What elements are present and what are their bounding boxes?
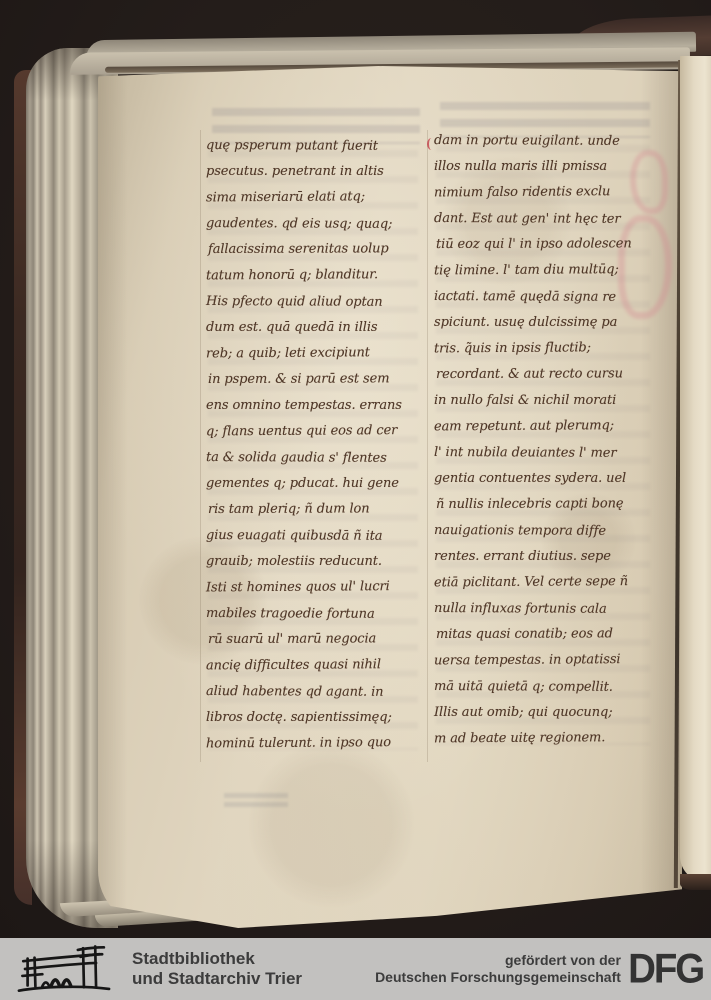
manuscript-line: ancię difficultes quasi nihil bbox=[206, 652, 402, 679]
manuscript-line: tię limine. l' tam diu multūq; bbox=[434, 257, 630, 284]
manuscript-line: gementes q; pducat. hui gene bbox=[206, 471, 402, 497]
funding-credit: gefördert von der Deutschen Forschungsge… bbox=[375, 948, 711, 990]
manuscript-line: hominū tulerunt. in ipso quo bbox=[206, 730, 402, 757]
manuscript-line: libros doctę. sapientissimęq; bbox=[206, 705, 402, 731]
manuscript-line: tatum honorū q; blanditur. bbox=[206, 262, 402, 289]
manuscript-text-column-left: quę psperum putant fueritpsecutus. penet… bbox=[206, 133, 402, 757]
manuscript-line: ta & solida gaudia s' flentes bbox=[206, 445, 402, 472]
manuscript-line: nulla influxas fortunis cala bbox=[434, 596, 630, 623]
manuscript-line: eam repetunt. aut plerumq; bbox=[434, 413, 630, 440]
funding-text-line2: Deutschen Forschungsgemeinschaft bbox=[375, 969, 621, 987]
codex-photograph: quę psperum putant fueritpsecutus. penet… bbox=[0, 0, 711, 938]
manuscript-line: rentes. errant diutius. sepe bbox=[434, 544, 630, 570]
library-name-line1: Stadtbibliothek bbox=[132, 949, 302, 969]
manuscript-line: l' int nubila deuiantes l' mer bbox=[434, 440, 630, 467]
manuscript-line: gius euagati quibusdā ñ ita bbox=[206, 523, 402, 550]
manuscript-line: ñ nullis inlecebris capti bonę bbox=[436, 491, 632, 518]
manuscript-line: dam in portu euigilant. unde bbox=[434, 128, 630, 155]
digitized-manuscript-page: quę psperum putant fueritpsecutus. penet… bbox=[0, 0, 711, 1000]
manuscript-line: q; flans uentus qui eos ad cer bbox=[206, 418, 402, 445]
facing-page-bottom-shadow bbox=[680, 874, 711, 890]
manuscript-line: spiciunt. usuę dulcissimę pa bbox=[434, 310, 630, 336]
manuscript-line: ris tam pleriq; ñ dum lon bbox=[208, 496, 404, 523]
manuscript-line: illos nulla maris illi pmissa bbox=[434, 154, 630, 180]
dfg-logo: DFG bbox=[628, 945, 703, 992]
library-name: Stadtbibliothek und Stadtarchiv Trier bbox=[132, 949, 302, 989]
manuscript-line: dant. Est aut gen' int hęc ter bbox=[434, 206, 630, 233]
manuscript-line: nauigationis tempora diffe bbox=[434, 518, 630, 545]
manuscript-line: tiū eoz qui l' in ipso adolescen bbox=[436, 231, 632, 258]
manuscript-line: ens omnino tempestas. errans bbox=[206, 393, 402, 419]
manuscript-line: fallacissima serenitas uolup bbox=[208, 236, 404, 263]
manuscript-line: Illis aut omib; qui quocunq; bbox=[434, 700, 630, 726]
manuscript-line: iactati. tamē quędā signa re bbox=[434, 284, 630, 311]
red-ink-bleedthrough bbox=[630, 150, 668, 214]
ruling-line bbox=[427, 130, 428, 762]
manuscript-line: aliud habentes qd agant. in bbox=[206, 679, 402, 706]
manuscript-line: psecutus. penetrant in altis bbox=[206, 159, 402, 185]
manuscript-line: Isti st homines quos ul' lucri bbox=[206, 574, 402, 601]
manuscript-line: etiā piclitant. Vel certe sepe ñ bbox=[434, 569, 630, 596]
manuscript-line: dum est. quā quedā in illis bbox=[206, 315, 402, 341]
facing-page-sliver bbox=[680, 56, 711, 882]
manuscript-line: mā uitā quietā q; compellit. bbox=[434, 674, 630, 701]
funding-text-line1: gefördert von der bbox=[375, 952, 621, 970]
manuscript-line: quę psperum putant fuerit bbox=[206, 133, 402, 160]
manuscript-line: gaudentes. qd eis usq; quaq; bbox=[206, 211, 402, 238]
manuscript-line: rū suarū ul' marū negocia bbox=[208, 626, 404, 653]
manuscript-line: mitas quasi conatib; eos ad bbox=[436, 621, 632, 648]
manuscript-line: grauib; molestiis reducunt. bbox=[206, 549, 402, 575]
manuscript-line: recordant. & aut recto cursu bbox=[436, 361, 632, 388]
faint-inscription-smudge bbox=[224, 793, 288, 809]
funding-text: gefördert von der Deutschen Forschungsge… bbox=[375, 952, 621, 987]
footer-banner: Stadtbibliothek und Stadtarchiv Trier ge… bbox=[0, 938, 711, 1000]
manuscript-line: His pfecto quid aliud optan bbox=[206, 289, 402, 316]
porta-nigra-sketch-icon bbox=[12, 943, 116, 995]
manuscript-text-column-right: dam in portu euigilant. undeillos nulla … bbox=[434, 128, 630, 752]
manuscript-line: in pspem. & si parū est sem bbox=[208, 366, 404, 393]
library-branding: Stadtbibliothek und Stadtarchiv Trier bbox=[0, 943, 302, 995]
manuscript-line: reb; a quib; leti excipiunt bbox=[206, 340, 402, 367]
ruling-line bbox=[200, 130, 201, 762]
library-name-line2: und Stadtarchiv Trier bbox=[132, 969, 302, 989]
manuscript-line: gentia contuentes sydera. uel bbox=[434, 466, 630, 492]
manuscript-line: uersa tempestas. in optatissi bbox=[434, 647, 630, 674]
manuscript-line: nimium falso ridentis exclu bbox=[434, 179, 630, 206]
manuscript-line: m ad beate uitę regionem. bbox=[434, 725, 630, 752]
manuscript-line: mabiles tragoedie fortuna bbox=[206, 601, 402, 628]
manuscript-line: tris. q̃uis in ipsis fluctib; bbox=[434, 335, 630, 362]
manuscript-line: in nullo falsi & nichil morati bbox=[434, 388, 630, 414]
manuscript-line: sima miseriarū elati atq; bbox=[206, 184, 402, 211]
